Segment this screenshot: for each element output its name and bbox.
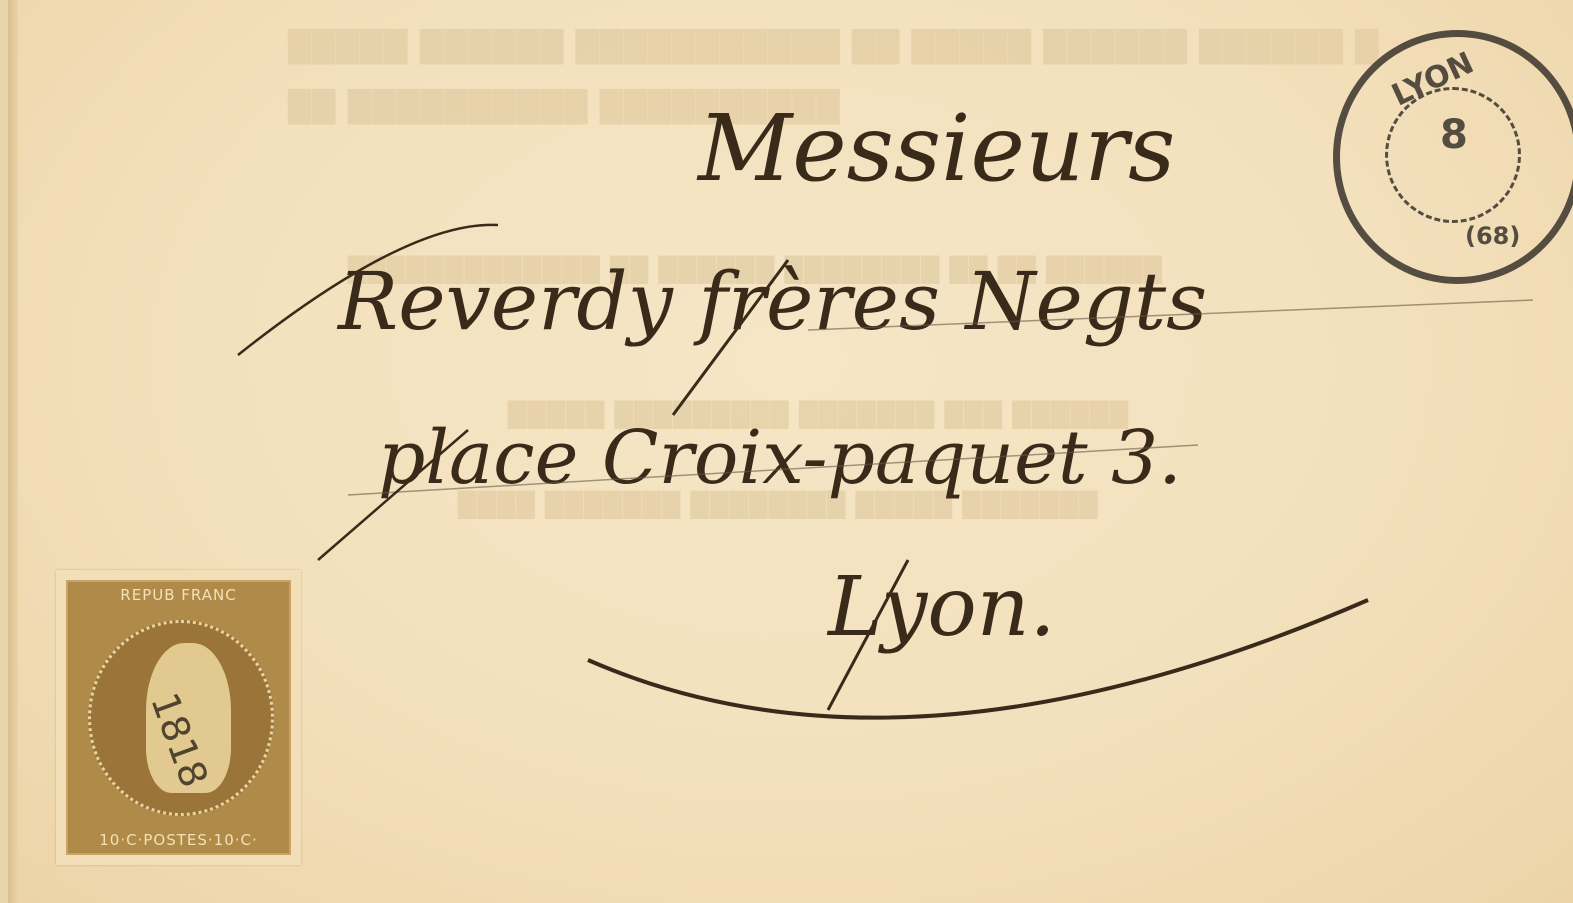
envelope: █████ ██████ ███████████ ██ █████ ██████… bbox=[8, 0, 1573, 903]
stamp-design: REPUB FRANC 1818 10·C·POSTES·10·C· bbox=[66, 580, 291, 855]
stamp-bottom-text: 10·C·POSTES·10·C· bbox=[68, 827, 289, 853]
postmark-dept: (68) bbox=[1465, 222, 1520, 250]
postmark-day: 8 bbox=[1440, 112, 1468, 158]
postmark: LYON 8 (68) bbox=[1333, 30, 1573, 284]
postage-stamp: REPUB FRANC 1818 10·C·POSTES·10·C· bbox=[56, 570, 301, 865]
stamp-top-text: REPUB FRANC bbox=[68, 582, 289, 608]
stamp-medallion: 1818 bbox=[88, 620, 274, 816]
